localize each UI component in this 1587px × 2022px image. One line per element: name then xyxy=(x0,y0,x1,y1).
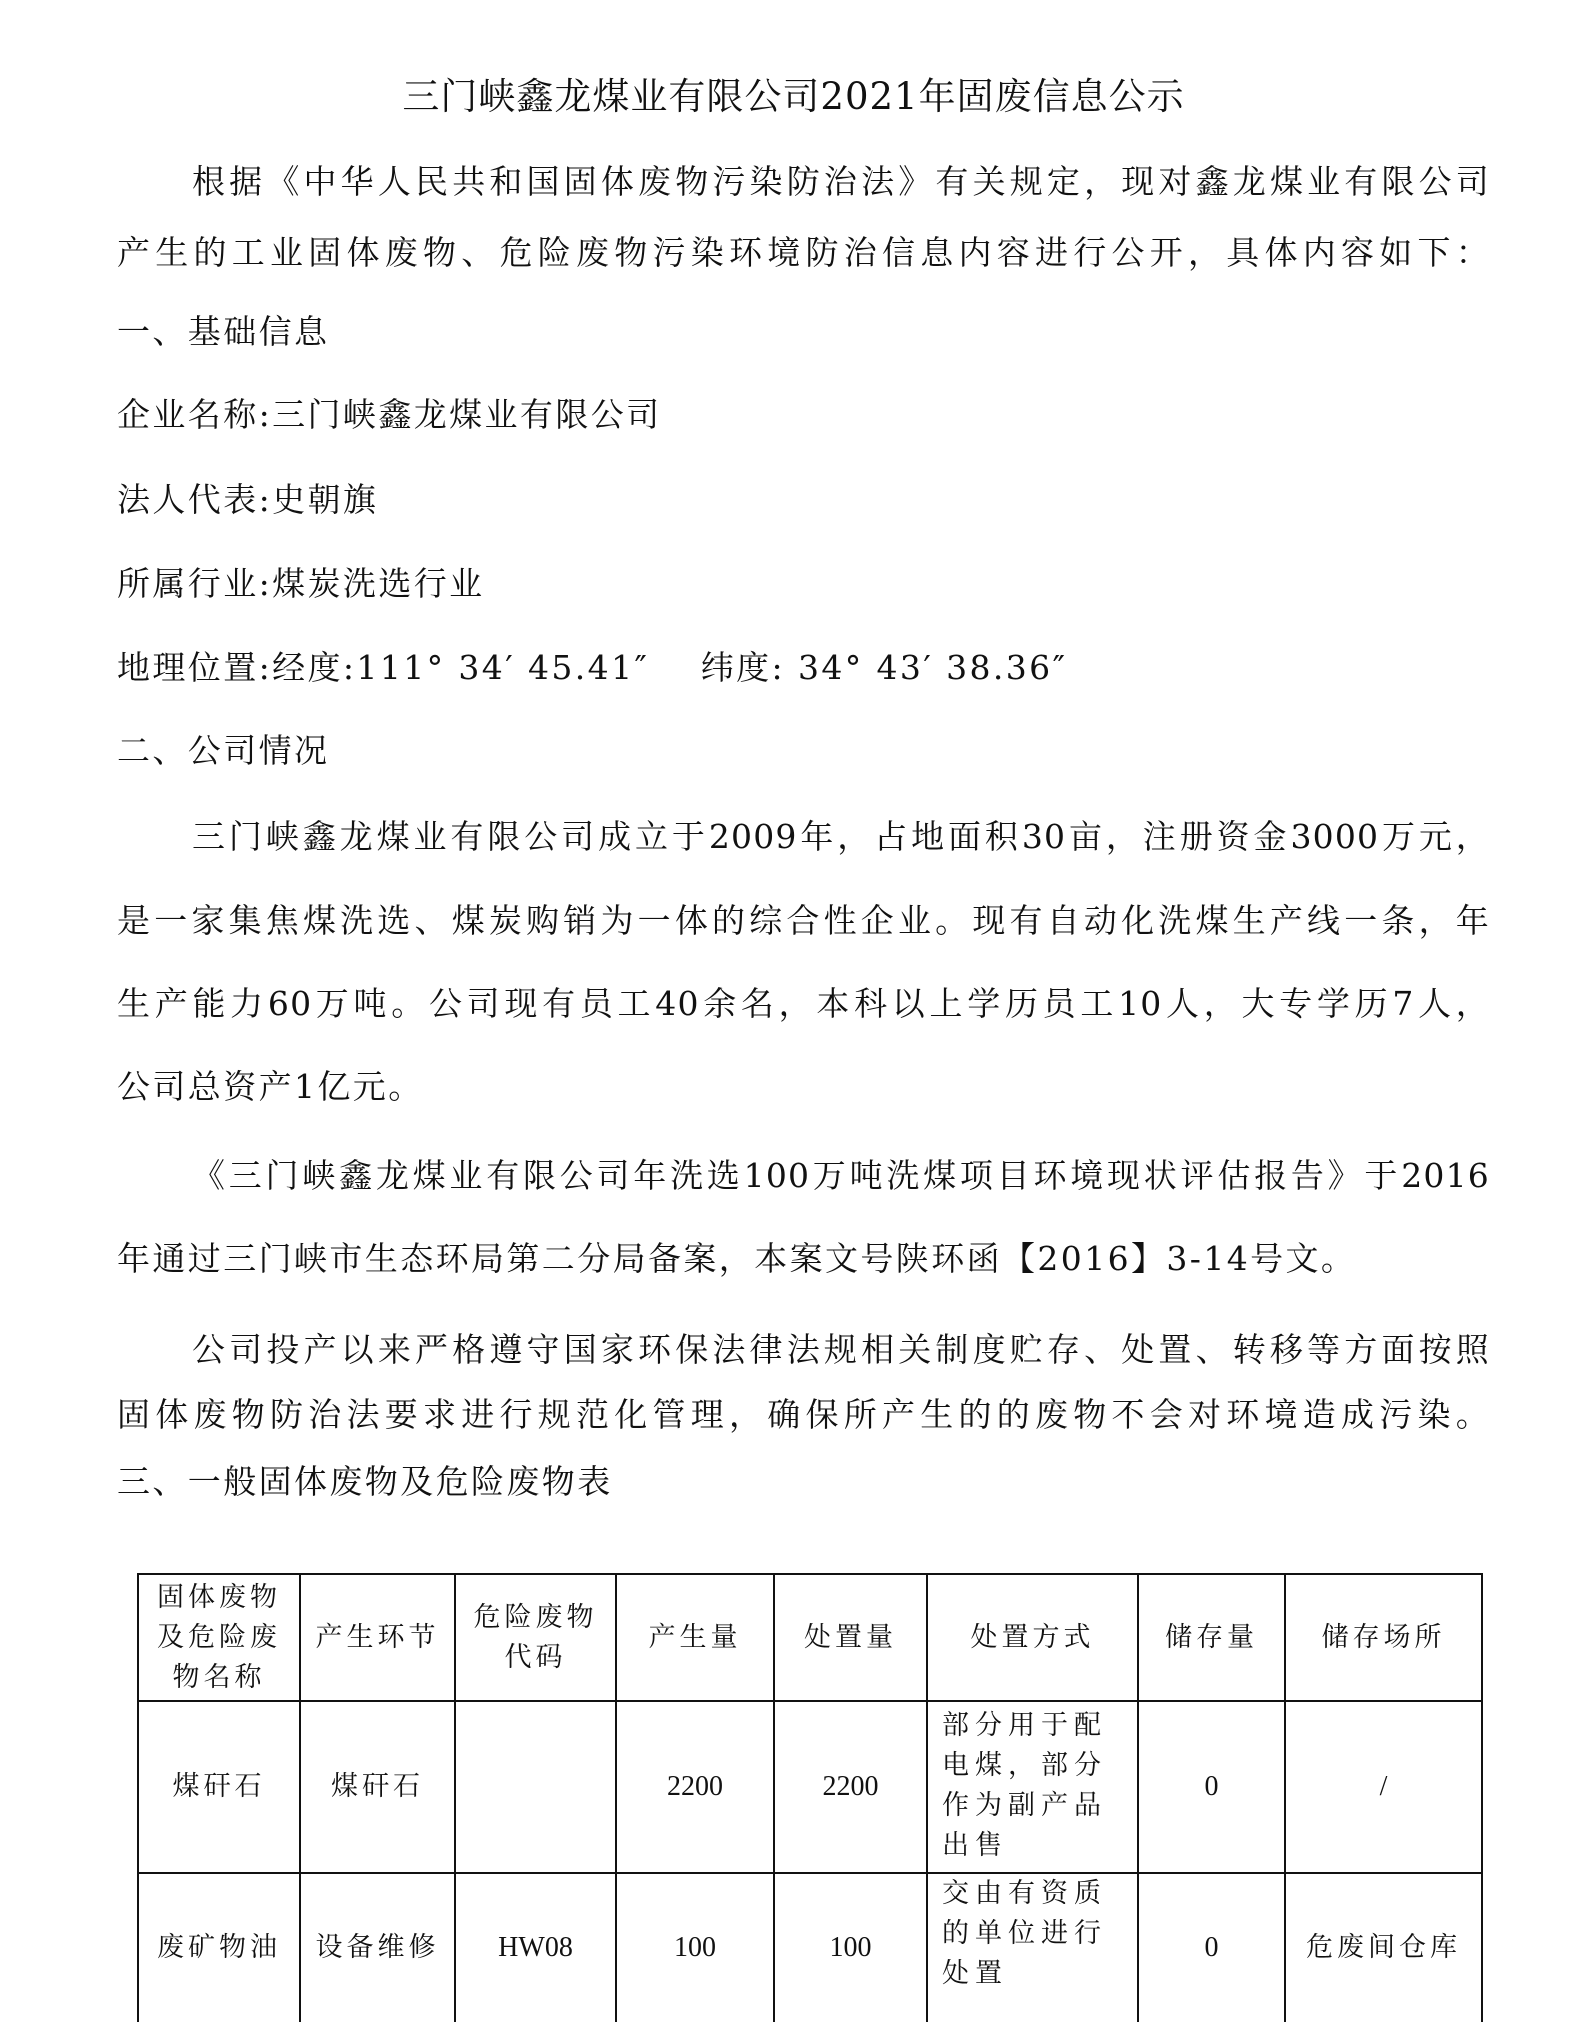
cell-storage-location: 危废间仓库 xyxy=(1285,1873,1482,2022)
cell-generated: 2200 xyxy=(616,1701,774,1873)
header-stored: 储存量 xyxy=(1138,1574,1285,1701)
company-para1-line2: 是一家集焦煤洗选、煤炭购销为一体的综合性企业。现有自动化洗煤生产线一条，年 xyxy=(117,899,1490,943)
cell-method: 部分用于配电煤，部分作为副产品出售 xyxy=(927,1701,1138,1873)
company-name: 企业名称:三门峡鑫龙煤业有限公司 xyxy=(117,393,662,437)
cell-stage: 设备维修 xyxy=(300,1873,455,2022)
section-heading-basic-info: 一、基础信息 xyxy=(117,310,329,354)
cell-stored: 0 xyxy=(1138,1873,1285,2022)
table-header-row: 固体废物及危险废物名称 产生环节 危险废物代码 产生量 处置量 处置方式 储存量… xyxy=(138,1574,1482,1701)
header-method: 处置方式 xyxy=(927,1574,1138,1701)
table-row: 煤矸石 煤矸石 2200 2200 部分用于配电煤，部分作为副产品出售 0 / xyxy=(138,1701,1482,1873)
cell-generated: 100 xyxy=(616,1873,774,2022)
header-disposed: 处置量 xyxy=(774,1574,927,1701)
cell-stage: 煤矸石 xyxy=(300,1701,455,1873)
cell-hazard-code: HW08 xyxy=(455,1873,616,2022)
header-storage-location: 储存场所 xyxy=(1285,1574,1482,1701)
cell-hazard-code xyxy=(455,1701,616,1873)
intro-line-2: 产生的工业固体废物、危险废物污染环境防治信息内容进行公开，具体内容如下： xyxy=(117,231,1490,275)
company-para1-line1: 三门峡鑫龙煤业有限公司成立于2009年，占地面积30亩，注册资金3000万元， xyxy=(192,815,1490,859)
header-stage: 产生环节 xyxy=(300,1574,455,1701)
company-para1-line3: 生产能力60万吨。公司现有员工40余名，本科以上学历员工10人，大专学历7人， xyxy=(117,982,1490,1026)
header-waste-name: 固体废物及危险废物名称 xyxy=(138,1574,300,1701)
company-para3-line1: 公司投产以来严格遵守国家环保法律法规相关制度贮存、处置、转移等方面按照 xyxy=(192,1328,1490,1372)
page-title: 三门峡鑫龙煤业有限公司2021年固废信息公示 xyxy=(0,72,1587,122)
cell-waste-name: 废矿物油 xyxy=(138,1873,300,2022)
cell-storage-location: / xyxy=(1285,1701,1482,1873)
company-para3-line2: 固体废物防治法要求进行规范化管理，确保所产生的的废物不会对环境造成污染。 xyxy=(117,1393,1490,1437)
section-heading-company: 二、公司情况 xyxy=(117,729,329,773)
table-row: 废矿物油 设备维修 HW08 100 100 交由有资质的单位进行处置 0 危废… xyxy=(138,1873,1482,2022)
header-generated: 产生量 xyxy=(616,1574,774,1701)
cell-disposed: 2200 xyxy=(774,1701,927,1873)
industry: 所属行业:煤炭洗选行业 xyxy=(117,562,485,606)
company-para2-line1: 《三门峡鑫龙煤业有限公司年洗选100万吨洗煤项目环境现状评估报告》于2016 xyxy=(192,1154,1490,1198)
cell-disposed: 100 xyxy=(774,1873,927,2022)
cell-waste-name: 煤矸石 xyxy=(138,1701,300,1873)
company-para1-line4: 公司总资产1亿元。 xyxy=(117,1065,424,1109)
header-hazard-code: 危险废物代码 xyxy=(455,1574,616,1701)
waste-table: 固体废物及危险废物名称 产生环节 危险废物代码 产生量 处置量 处置方式 储存量… xyxy=(137,1573,1483,2022)
company-para2-line2: 年通过三门峡市生态环局第二分局备案，本案文号陕环函【2016】3-14号文。 xyxy=(117,1237,1356,1281)
cell-stored: 0 xyxy=(1138,1701,1285,1873)
section-heading-waste-table: 三、一般固体废物及危险废物表 xyxy=(117,1460,613,1504)
intro-line-1: 根据《中华人民共和国固体废物污染防治法》有关规定，现对鑫龙煤业有限公司 xyxy=(192,160,1490,204)
geo-location: 地理位置:经度:111° 34′ 45.41″ 纬度: 34° 43′ 38.3… xyxy=(117,646,1067,690)
legal-representative: 法人代表:史朝旗 xyxy=(117,478,378,522)
cell-method: 交由有资质的单位进行处置 xyxy=(927,1873,1138,2022)
